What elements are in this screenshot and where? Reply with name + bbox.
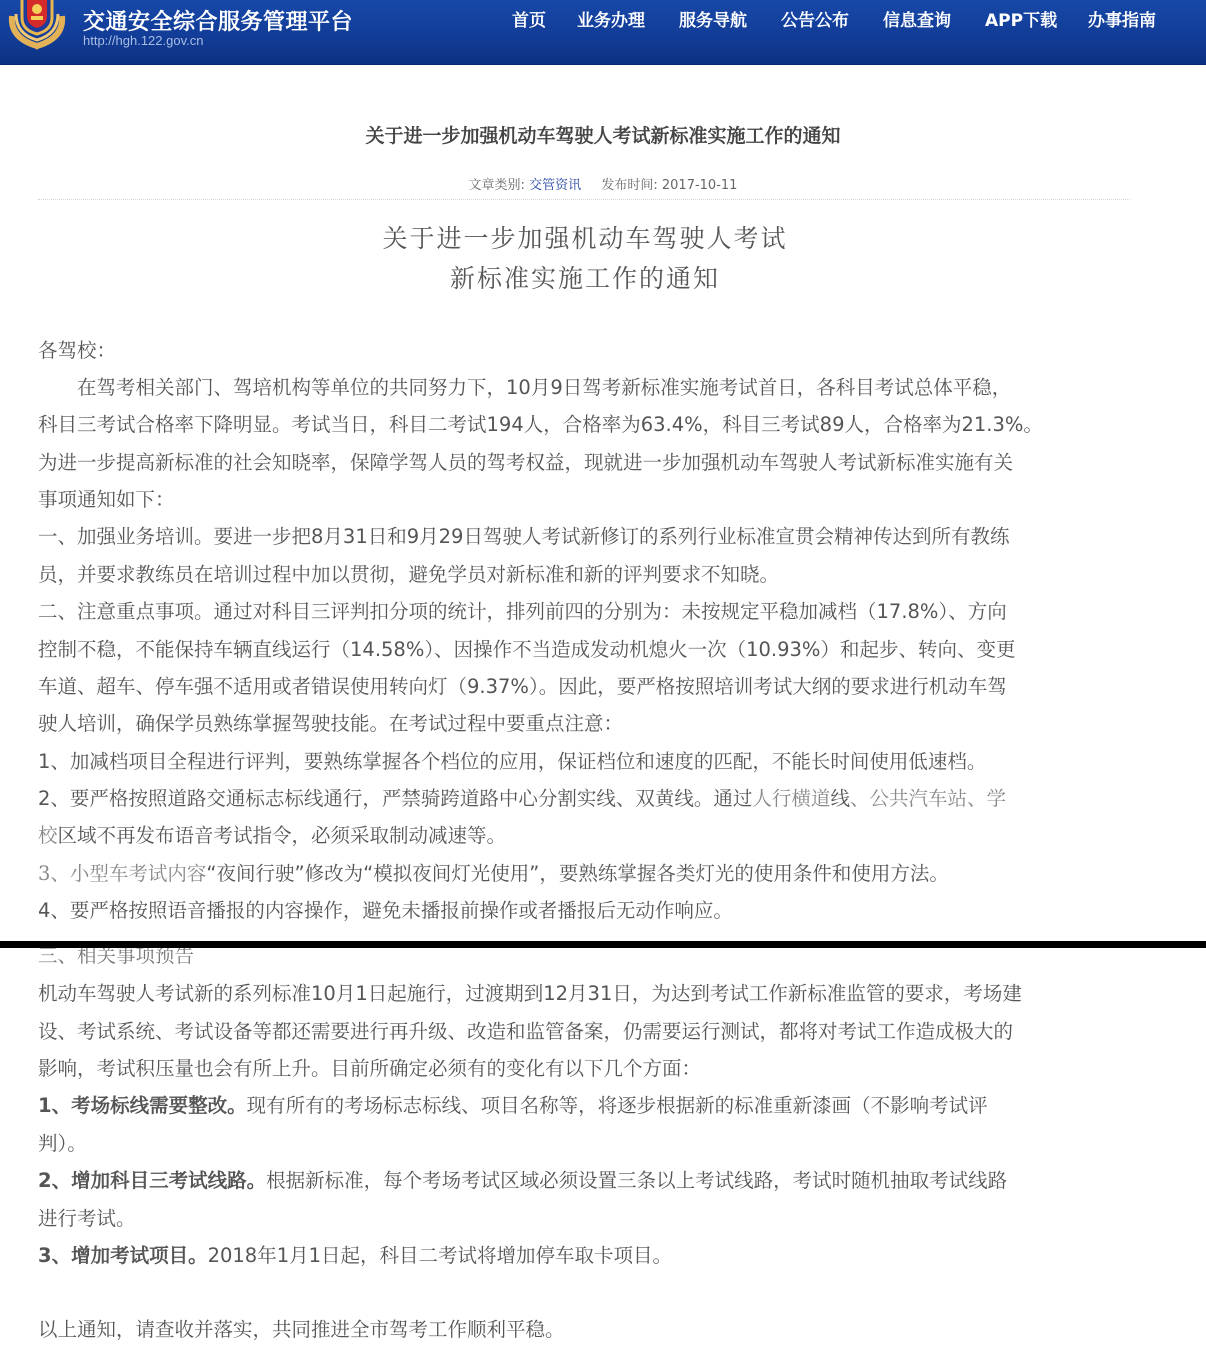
salutation: 各驾校：	[38, 338, 1138, 364]
article-title: 关于进一步加强机动车驾驶人考试新标准实施工作的通知	[0, 121, 1206, 148]
police-emblem-icon[interactable]	[4, 0, 70, 52]
paragraph-line: 一、加强业务培训。要进一步把8月31日和9月29日驾驶人考试新修订的系列行业标准…	[38, 524, 1138, 550]
paragraph-line: 校区域不再发布语音考试指令，必须采取制动减速等。	[38, 823, 1138, 849]
paragraph-line: 事项通知如下：	[38, 487, 1138, 513]
paragraph-line: 在驾考相关部门、驾培机构等单位的共同努力下，10月9日驾考新标准实施考试首日，各…	[38, 375, 1138, 401]
paragraph-line: 设、考试系统、考试设备等都还需要进行再升级、改造和监管备案，仍需要运行测试，都将…	[38, 1019, 1138, 1045]
nav-item-business[interactable]: 业务办理	[577, 6, 645, 31]
change-item-cont: 进行考试。	[38, 1206, 1138, 1232]
nav-item-guide[interactable]: 办事指南	[1088, 6, 1156, 31]
paragraph-line: 2、要严格按照道路交通标志标线通行，严禁骑跨道路中心分割实线、双黄线。通过人行横…	[38, 786, 1138, 812]
paragraph-line: 为进一步提高新标准的社会知晓率，保障学驾人员的驾考权益，现就进一步加强机动车驾驶…	[38, 450, 1138, 476]
paragraph-line: 科目三考试合格率下降明显。考试当日，科目二考试194人，合格率为63.4%，科目…	[38, 412, 1138, 438]
paragraph-line: 3、小型车考试内容“夜间行驶”修改为“模拟夜间灯光使用”，要熟练掌握各类灯光的使…	[38, 861, 1138, 887]
category-label: 文章类别:	[469, 178, 525, 193]
nav-item-announcements[interactable]: 公告公布	[781, 6, 849, 31]
nav-item-app-download[interactable]: APP下载	[985, 6, 1057, 31]
change-item: 3、增加考试项目。2018年1月1日起，科目二考试将增加停车取卡项目。	[38, 1243, 1138, 1269]
paragraph-line: 影响，考试积压量也会有所上升。目前所确定必须有的变化有以下几个方面：	[38, 1056, 1138, 1082]
paragraph-line: 1、加减档项目全程进行评判，要熟练掌握各个档位的应用，保证档位和速度的匹配，不能…	[38, 749, 1138, 775]
screenshot-seam	[0, 941, 1206, 948]
site-title[interactable]: 交通安全综合服务管理平台	[83, 5, 353, 36]
paragraph-line: 控制不稳，不能保持车辆直线运行（14.58%）、因操作不当造成发动机熄火一次（1…	[38, 637, 1138, 663]
paragraph-line: 二、注意重点事项。通过对科目三评判扣分项的统计，排列前四的分别为：未按规定平稳加…	[38, 599, 1138, 625]
site-url: http://hgh.122.gov.cn	[83, 33, 203, 48]
paragraph-line: 驶人培训，确保学员熟练掌握驾驶技能。在考试过程中要重点注意：	[38, 711, 1138, 737]
doc-heading-line-1: 关于进一步加强机动车驾驶人考试	[0, 219, 1170, 255]
date-label: 发布时间:	[601, 178, 657, 193]
paragraph-line: 车道、超车、停车强不适用或者错误使用转向灯（9.37%）。因此，要严格按照培训考…	[38, 674, 1138, 700]
nav-item-info-query[interactable]: 信息查询	[883, 6, 951, 31]
paragraph-line: 4、要严格按照语音播报的内容操作，避免未播报前操作或者播报后无动作响应。	[38, 898, 1138, 924]
change-item-cont: 判）。	[38, 1131, 1138, 1157]
paragraph-line: 员，并要求教练员在培训过程中加以贯彻，避免学员对新标准和新的评判要求不知晓。	[38, 562, 1138, 588]
site-header: 交通安全综合服务管理平台 http://hgh.122.gov.cn 首页 业务…	[0, 0, 1206, 65]
nav-item-service-guide[interactable]: 服务导航	[679, 6, 747, 31]
category-link[interactable]: 交管资讯	[529, 178, 581, 193]
doc-heading-line-2: 新标准实施工作的通知	[0, 259, 1170, 295]
change-item: 1、考场标线需要整改。现有所有的考场标志标线、项目名称等，将逐步根据新的标准重新…	[38, 1093, 1138, 1119]
closing-line: 以上通知，请查收并落实，共同推进全市驾考工作顺利平稳。	[38, 1317, 1138, 1343]
paragraph-line: 机动车驾驶人考试新的系列标准10月1日起施行，过渡期到12月31日，为达到考试工…	[38, 981, 1138, 1007]
divider	[38, 199, 1130, 200]
article-meta: 文章类别: 交管资讯 发布时间: 2017-10-11	[0, 174, 1206, 193]
nav-item-home[interactable]: 首页	[512, 6, 546, 31]
publish-date: 2017-10-11	[662, 178, 738, 193]
change-item: 2、增加科目三考试线路。根据新标准，每个考场考试区域必须设置三条以上考试线路，考…	[38, 1168, 1138, 1194]
